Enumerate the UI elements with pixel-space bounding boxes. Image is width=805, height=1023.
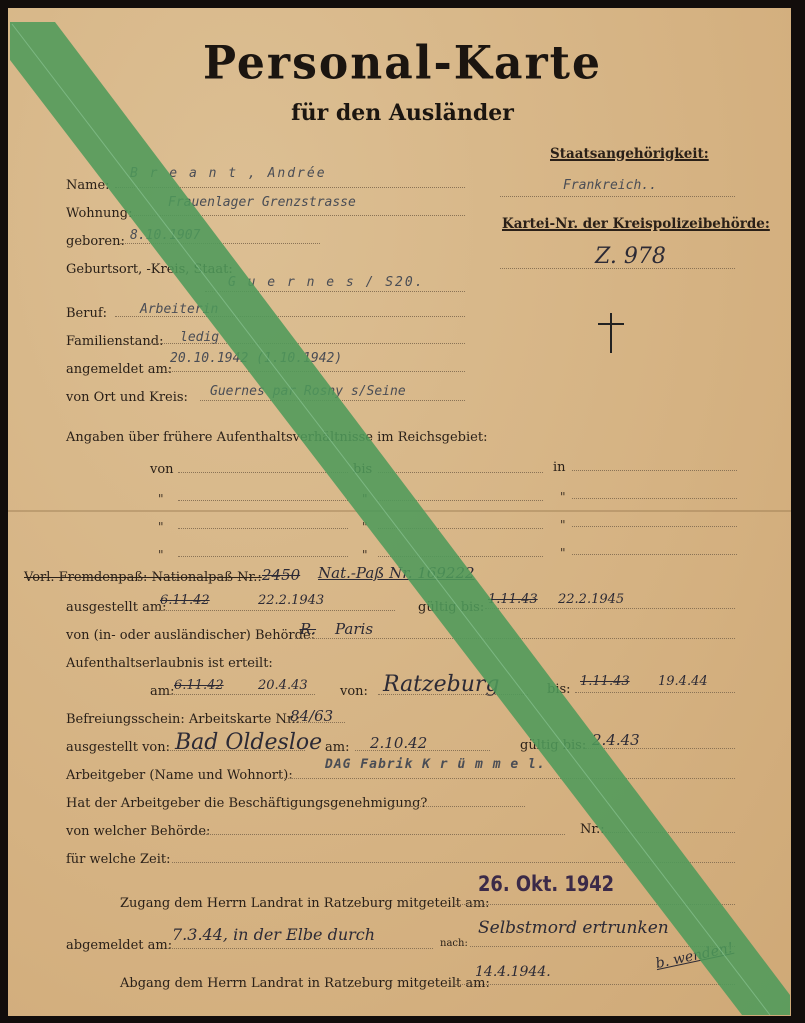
occupation-label: Beruf: [66, 306, 107, 321]
born-line [120, 243, 320, 244]
residence-permit-until-value: 19.4.44 [658, 674, 708, 689]
previous-stays-line [378, 556, 543, 557]
passport-valid-line [485, 608, 735, 609]
residence-permit-until-line [575, 692, 735, 693]
registered-label: angemeldet am: [66, 362, 172, 377]
previous-stays-line [572, 554, 737, 555]
deregistered-line [168, 948, 433, 949]
ditto-mark: " [560, 490, 566, 504]
arrival-label: Zugang dem Herrn Landrat in Ratzeburg mi… [120, 896, 490, 911]
passport-label: Vorl. Fremdenpaß: Nationalpaß Nr.: [24, 570, 262, 585]
previous-stays-line [378, 500, 543, 501]
previous-stays-line [572, 526, 737, 527]
card-number-label: Kartei-Nr. der Kreispolizeibehörde: [502, 216, 770, 232]
passport-authority-value: Paris [335, 620, 373, 638]
work-card-number-line [285, 722, 345, 723]
residence-permit-by-label: von: [340, 684, 368, 699]
deceased-cross-icon [598, 313, 624, 353]
residence-permit-until-label: bis: [547, 682, 571, 697]
ditto-mark: " [560, 546, 566, 560]
employment-permit-line [390, 806, 525, 807]
previous-stays-to-label: bis [353, 462, 372, 477]
residence-permit-on-value: 20.4.43 [258, 678, 308, 693]
passport-valid-struck: 1.11.43 [488, 592, 538, 607]
residence-value: Frauenlager Grenzstrasse [168, 195, 356, 210]
passport-valid-value: 22.2.1945 [558, 592, 624, 607]
ditto-mark: " [362, 520, 368, 534]
destination-value: Selbstmord ertrunken [478, 918, 669, 938]
residence-permit-by-line [378, 694, 528, 695]
passport-authority-struck: R. [300, 620, 316, 638]
previous-stays-line [178, 528, 348, 529]
work-card-valid-label: gültig bis: [520, 738, 586, 753]
name-label: Name: [66, 178, 110, 193]
work-card-label: Befreiungsschein: Arbeitskarte Nr.: [66, 712, 300, 727]
from-place-line [200, 400, 465, 401]
arrival-line [455, 904, 735, 905]
card-number-value: Z. 978 [595, 244, 666, 269]
departure-value: 14.4.1944. [475, 964, 551, 980]
permit-period-label: für welche Zeit: [66, 852, 170, 867]
arrival-date-stamp: 26. Okt. 1942 [478, 872, 614, 896]
registered-value: 20.10.1942 (1.10.1942) [170, 351, 342, 366]
passport-authority-label: von (in- oder ausländischer) Behörde: [66, 628, 315, 643]
previous-stays-to-line [378, 472, 543, 473]
ditto-mark: " [560, 518, 566, 532]
residence-label: Wohnung: [66, 206, 133, 221]
work-card-valid-value: 2.4.43 [592, 731, 640, 749]
ditto-mark: " [158, 548, 164, 562]
occupation-value: Arbeiterin [140, 302, 218, 317]
ditto-mark: " [362, 548, 368, 562]
residence-permit-heading: Aufenthaltserlaubnis ist erteilt: [66, 656, 273, 671]
permit-nr-label: Nr.: [580, 822, 605, 837]
previous-stays-from-line [178, 472, 348, 473]
name-line [115, 187, 465, 188]
work-card-valid-line [585, 748, 735, 749]
passport-number-struck: 2450 [262, 566, 300, 584]
born-label: geboren: [66, 234, 125, 249]
name-value: B r e a n t , Andrée [130, 166, 327, 181]
card-title: Personal-Karte [0, 37, 805, 91]
ditto-mark: " [362, 492, 368, 506]
born-value: 8.10.1907 [130, 228, 200, 243]
destination-label: nach: [440, 938, 468, 949]
nationality-value: Frankreich.. [563, 178, 657, 193]
residence-line [130, 215, 465, 216]
employer-label: Arbeitgeber (Name und Wohnort): [66, 768, 293, 783]
passport-issued-value: 22.2.1943 [258, 593, 324, 608]
passport-issued-struck: 6.11.42 [160, 593, 210, 608]
birthplace-line [205, 291, 465, 292]
passport-number-value: Nat.-Paß Nr. 169222 [318, 564, 475, 582]
ditto-mark: " [158, 520, 164, 534]
ditto-mark: " [158, 492, 164, 506]
family-status-label: Familienstand: [66, 334, 163, 349]
previous-stays-line [178, 556, 348, 557]
birthplace-value: G u e r n e s / S20. [228, 275, 425, 290]
passport-issued-label: ausgestellt am: [66, 600, 167, 615]
permit-authority-line [195, 834, 565, 835]
passport-valid-label: gültig bis: [418, 600, 484, 615]
previous-stays-in-line [572, 470, 737, 471]
card-number-line [500, 268, 735, 269]
paper-fold-crease [8, 510, 791, 512]
work-card-issued-by-label: ausgestellt von: [66, 740, 170, 755]
previous-stays-heading: Angaben über frühere Aufenthaltsverhältn… [66, 430, 487, 445]
previous-stays-line [572, 498, 737, 499]
previous-stays-line [178, 500, 348, 501]
permit-authority-label: von welcher Behörde: [66, 824, 210, 839]
birthplace-label: Geburtsort, -Kreis, Staat: [66, 262, 233, 277]
passport-issued-line [155, 610, 395, 611]
residence-permit-until-struck: 1.11.43 [580, 674, 630, 689]
residence-permit-on-line [170, 694, 315, 695]
employer-line [275, 778, 735, 779]
work-card-on-line [355, 750, 490, 751]
previous-stays-in-label: in [553, 460, 566, 475]
nationality-line [500, 196, 735, 197]
departure-line [455, 984, 735, 985]
card-subtitle: für den Ausländer [0, 100, 805, 126]
nationality-label: Staatsangehörigkeit: [550, 146, 709, 162]
employer-value: DAG Fabrik K r ü m m e l. [325, 757, 546, 772]
previous-stays-from-label: von [150, 462, 174, 477]
from-place-label: von Ort und Kreis: [66, 390, 188, 405]
deregistered-value: 7.3.44, in der Elbe durch [172, 925, 375, 944]
residence-permit-on-label: am: [150, 684, 174, 699]
employment-permit-label: Hat der Arbeitgeber die Beschäftigungsge… [66, 796, 427, 811]
passport-authority-line [295, 638, 735, 639]
work-card-issued-by-line [170, 750, 305, 751]
occupation-line [115, 316, 465, 317]
work-card-issued-by-value: Bad Oldesloe [175, 730, 322, 755]
deregistered-label: abgemeldet am: [66, 938, 172, 953]
permit-period-line [172, 862, 735, 863]
registered-line [165, 371, 465, 372]
departure-label: Abgang dem Herrn Landrat in Ratzeburg mi… [120, 976, 490, 991]
permit-nr-line [605, 832, 735, 833]
family-status-line [150, 343, 465, 344]
from-place-value: Guernes par Rosny s/Seine [210, 384, 406, 399]
residence-permit-on-struck: 6.11.42 [174, 678, 224, 693]
previous-stays-line [378, 528, 543, 529]
work-card-on-label: am: [325, 740, 349, 755]
